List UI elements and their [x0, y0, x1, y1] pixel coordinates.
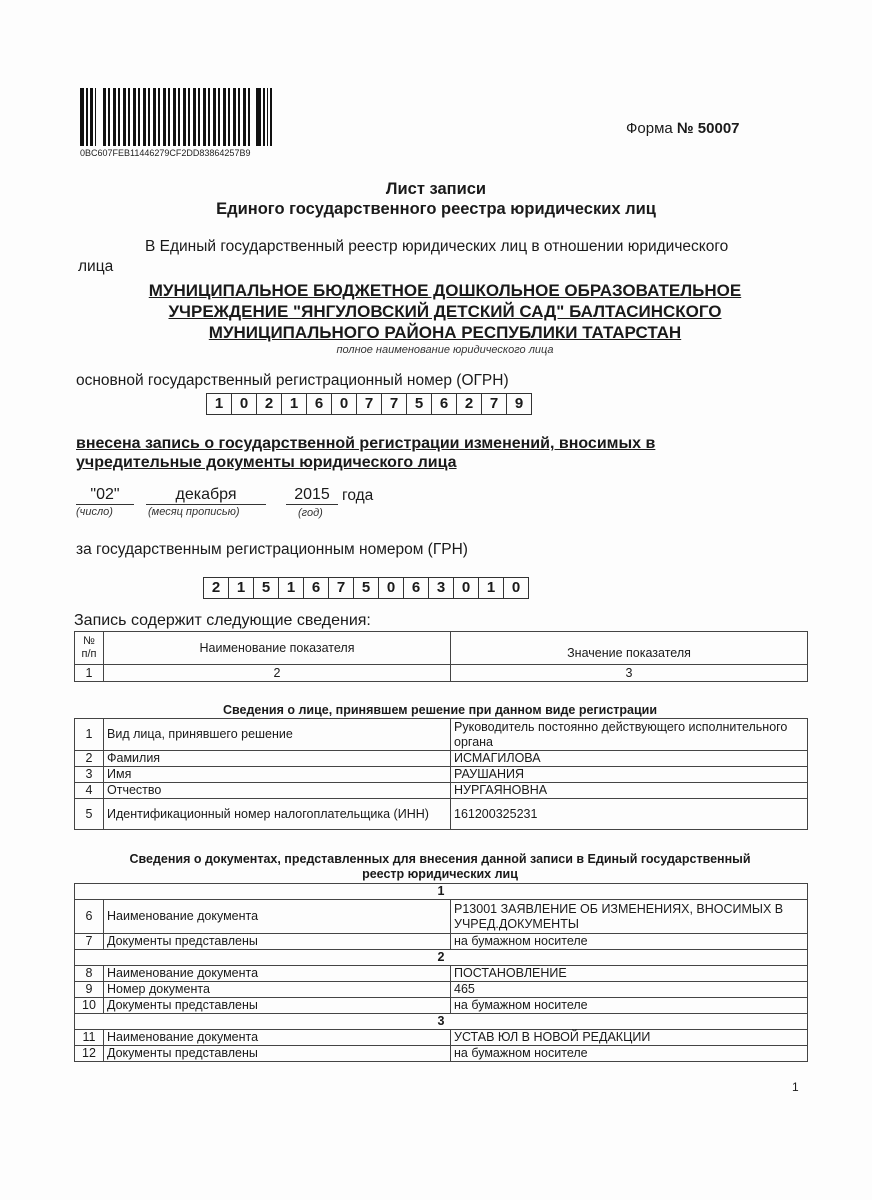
documents-section-title: Сведения о документах, представленных дл… [80, 852, 800, 882]
header-index-2: 2 [104, 665, 451, 682]
form-number: Форма № 50007 [626, 120, 740, 137]
ogrn-digits: 1021607756279 [206, 393, 532, 415]
entry-line2: учредительные документы юридического лиц… [76, 453, 457, 473]
entry-line1: внесена запись о государственной регистр… [76, 434, 655, 454]
header-index-1: 1 [75, 665, 104, 682]
row-name: Отчество [104, 783, 451, 799]
row-name: Наименование документа [104, 966, 451, 982]
table-row: 7 Документы представлены на бумажном нос… [75, 934, 808, 950]
group-row: 1 [75, 884, 808, 900]
table-row: 8 Наименование документа ПОСТАНОВЛЕНИЕ [75, 966, 808, 982]
row-number: 9 [75, 982, 104, 998]
row-value: РАУШАНИЯ [451, 767, 808, 783]
row-name: Документы представлены [104, 1046, 451, 1062]
grn-label: за государственным регистрационным номер… [76, 541, 468, 559]
contents-label: Запись содержит следующие сведения: [74, 612, 371, 630]
organization-name: МУНИЦИПАЛЬНОЕ БЮДЖЕТНОЕ ДОШКОЛЬНОЕ ОБРАЗ… [80, 280, 810, 343]
row-number: 11 [75, 1030, 104, 1046]
date-month-caption: (месяц прописью) [148, 506, 240, 518]
row-number: 10 [75, 998, 104, 1014]
form-number-value: № 50007 [677, 120, 740, 137]
table-row: 12 Документы представлены на бумажном но… [75, 1046, 808, 1062]
row-number: 2 [75, 751, 104, 767]
documents-table: 1 6 Наименование документа Р13001 ЗАЯВЛЕ… [74, 883, 808, 1062]
row-number: 12 [75, 1046, 104, 1062]
documents-title-line2: реестр юридических лиц [80, 867, 800, 882]
row-value: на бумажном носителе [451, 998, 808, 1014]
table-row: 1 Вид лица, принявшего решение Руководит… [75, 719, 808, 751]
row-number: 8 [75, 966, 104, 982]
document-title: Лист записи [0, 180, 872, 199]
header-index-3: 3 [451, 665, 808, 682]
org-name-caption: полное наименование юридического лица [80, 344, 810, 356]
person-table: 1 Вид лица, принявшего решение Руководит… [74, 718, 808, 830]
table-row: 9 Номер документа 465 [75, 982, 808, 998]
row-number: 4 [75, 783, 104, 799]
person-section-title: Сведения о лице, принявшем решение при д… [80, 703, 800, 718]
document-subtitle: Единого государственного реестра юридиче… [0, 200, 872, 219]
row-name: Номер документа [104, 982, 451, 998]
row-name: Имя [104, 767, 451, 783]
row-name: Вид лица, принявшего решение [104, 719, 451, 751]
row-value: 161200325231 [451, 799, 808, 830]
group-row: 3 [75, 1014, 808, 1030]
row-value: на бумажном носителе [451, 1046, 808, 1062]
row-number: 6 [75, 900, 104, 934]
date-year-suffix: года [342, 487, 373, 505]
ogrn-label: основной государственный регистрационный… [76, 372, 509, 390]
intro-line1: В Единый государственный реестр юридичес… [145, 238, 728, 256]
row-name: Наименование документа [104, 1030, 451, 1046]
row-value: 465 [451, 982, 808, 998]
date-year-caption: (год) [298, 507, 323, 519]
header-table: № п/п Наименование показателя Значение п… [74, 631, 808, 682]
row-value: на бумажном носителе [451, 934, 808, 950]
table-row: 2 Фамилия ИСМАГИЛОВА [75, 751, 808, 767]
row-number: 7 [75, 934, 104, 950]
documents-title-line1: Сведения о документах, представленных дл… [80, 852, 800, 867]
row-value: УСТАВ ЮЛ В НОВОЙ РЕДАКЦИИ [451, 1030, 808, 1046]
table-row: 3 Имя РАУШАНИЯ [75, 767, 808, 783]
row-value: ИСМАГИЛОВА [451, 751, 808, 767]
row-number: 5 [75, 799, 104, 830]
group-number: 1 [75, 884, 808, 900]
row-value: НУРГАЯНОВНА [451, 783, 808, 799]
page-number: 1 [792, 1080, 799, 1094]
row-name: Документы представлены [104, 998, 451, 1014]
header-col-value: Значение показателя [451, 632, 808, 665]
header-col-number: № п/п [75, 632, 104, 665]
date-day: "02" [76, 486, 134, 505]
group-number: 2 [75, 950, 808, 966]
row-value: ПОСТАНОВЛЕНИЕ [451, 966, 808, 982]
row-name: Наименование документа [104, 900, 451, 934]
row-name: Идентификационный номер налогоплательщик… [104, 799, 451, 830]
row-number: 1 [75, 719, 104, 751]
header-col-name: Наименование показателя [104, 632, 451, 665]
date-year: 2015 [286, 486, 338, 505]
grn-digits: 2151675063010 [203, 577, 529, 599]
org-name-line1: МУНИЦИПАЛЬНОЕ БЮДЖЕТНОЕ ДОШКОЛЬНОЕ ОБРАЗ… [80, 280, 810, 301]
group-row: 2 [75, 950, 808, 966]
date-day-caption: (число) [76, 506, 113, 518]
group-number: 3 [75, 1014, 808, 1030]
intro-line2: лица [78, 258, 113, 276]
org-name-line2: УЧРЕЖДЕНИЕ "ЯНГУЛОВСКИЙ ДЕТСКИЙ САД" БАЛ… [80, 301, 810, 322]
table-row: 10 Документы представлены на бумажном но… [75, 998, 808, 1014]
barcode-image [80, 88, 272, 146]
table-row: 5 Идентификационный номер налогоплательщ… [75, 799, 808, 830]
table-row: 11 Наименование документа УСТАВ ЮЛ В НОВ… [75, 1030, 808, 1046]
barcode-code: 0BC607FEB11446279CF2DD83864257B9 [80, 148, 250, 158]
org-name-line3: МУНИЦИПАЛЬНОГО РАЙОНА РЕСПУБЛИКИ ТАТАРСТ… [80, 322, 810, 343]
form-label: Форма [626, 120, 673, 137]
table-row: 6 Наименование документа Р13001 ЗАЯВЛЕНИ… [75, 900, 808, 934]
row-value: Руководитель постоянно действующего испо… [451, 719, 808, 751]
date-month: декабря [146, 486, 266, 505]
row-name: Документы представлены [104, 934, 451, 950]
row-name: Фамилия [104, 751, 451, 767]
table-row: 4 Отчество НУРГАЯНОВНА [75, 783, 808, 799]
row-value: Р13001 ЗАЯВЛЕНИЕ ОБ ИЗМЕНЕНИЯХ, ВНОСИМЫХ… [451, 900, 808, 934]
row-number: 3 [75, 767, 104, 783]
